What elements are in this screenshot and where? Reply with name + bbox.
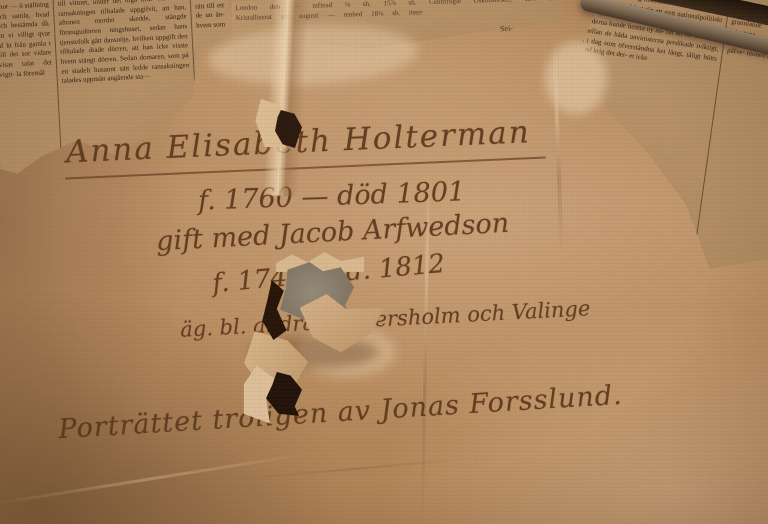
torn-paper-highlight bbox=[545, 42, 607, 114]
newsprint-column: anor — ö ställning och samla, hvad och b… bbox=[0, 0, 63, 178]
inscription-artist-attribution: Porträttet troligen av Jonas Forsslund. bbox=[58, 380, 624, 445]
torn-edge-highlight bbox=[276, 250, 364, 272]
paper-crease-bottom-left bbox=[0, 452, 310, 507]
paper-crease-bottom bbox=[238, 458, 467, 480]
newsprint-fragment: Sei- bbox=[500, 24, 513, 33]
photo-back-of-portrait: anor — ö ställning och samla, hvad och b… bbox=[0, 0, 768, 524]
